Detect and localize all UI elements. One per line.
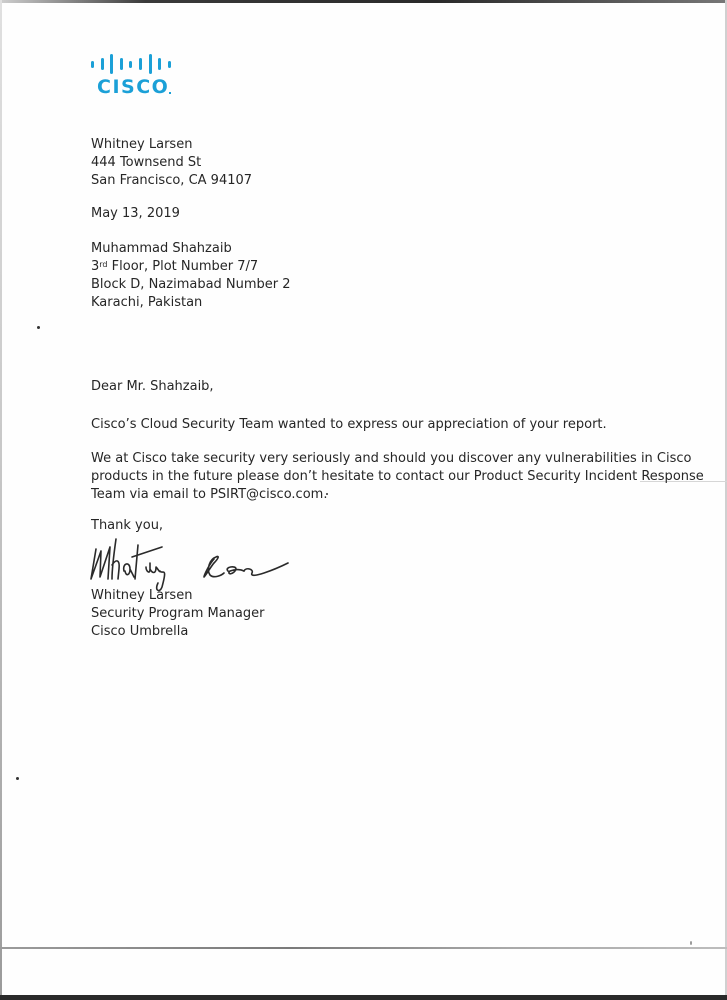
page-fold-line — [0, 947, 727, 949]
body-paragraph-2: We at Cisco take security very seriously… — [91, 450, 704, 504]
floor-suffix: rd — [99, 260, 107, 269]
logo-bar — [158, 58, 161, 70]
recipient-floor: 3rd Floor, Plot Number 7/7 — [91, 258, 291, 276]
logo-bar — [168, 61, 171, 68]
paragraph-line: We at Cisco take security very seriously… — [91, 450, 704, 468]
paragraph-line: Team via email to PSIRT@cisco.com. — [91, 486, 704, 504]
recipient-city: Karachi, Pakistan — [91, 294, 291, 312]
logo-bar — [110, 54, 113, 74]
recipient-block: Block D, Nazimabad Number 2 — [91, 276, 291, 294]
signer-block: Whitney Larsen Security Program Manager … — [91, 587, 264, 641]
sender-name: Whitney Larsen — [91, 136, 252, 154]
body-paragraph-1: Cisco’s Cloud Security Team wanted to ex… — [91, 416, 607, 434]
sender-street: 444 Townsend St — [91, 154, 252, 172]
recipient-name: Muhammad Shahzaib — [91, 240, 291, 258]
scan-edge-left — [0, 0, 2, 1000]
logo-bar — [149, 54, 152, 74]
scan-edge-top — [0, 0, 727, 3]
cisco-bridge-bars-icon — [91, 52, 173, 74]
scan-edge-bottom — [0, 995, 727, 1000]
signer-name: Whitney Larsen — [91, 587, 264, 605]
paragraph-line: products in the future please don’t hesi… — [91, 468, 704, 486]
sender-city: San Francisco, CA 94107 — [91, 172, 252, 190]
cisco-wordmark: CISCO — [97, 76, 169, 98]
floor-rest: Floor, Plot Number 7/7 — [108, 259, 259, 274]
salutation: Dear Mr. Shahzaib, — [91, 378, 214, 396]
handwritten-signature-icon — [88, 535, 298, 593]
scan-speck — [37, 326, 40, 329]
scan-speck — [690, 941, 692, 945]
logo-bar — [91, 61, 94, 68]
trademark-dot — [169, 92, 171, 94]
closing-text: Thank you, — [91, 517, 163, 535]
logo-bar — [120, 58, 123, 70]
recipient-address: Muhammad Shahzaib 3rd Floor, Plot Number… — [91, 240, 291, 312]
letter-date: May 13, 2019 — [91, 205, 180, 223]
logo-bar — [139, 58, 142, 70]
signer-organization: Cisco Umbrella — [91, 623, 264, 641]
signer-title: Security Program Manager — [91, 605, 264, 623]
scan-speck — [16, 777, 19, 780]
logo-bar — [129, 61, 132, 68]
cisco-logo: CISCO — [91, 52, 173, 98]
scanned-letter-page: CISCO Whitney Larsen 444 Townsend St San… — [0, 0, 727, 1000]
logo-bar — [101, 58, 104, 70]
sender-address: Whitney Larsen 444 Townsend St San Franc… — [91, 136, 252, 190]
